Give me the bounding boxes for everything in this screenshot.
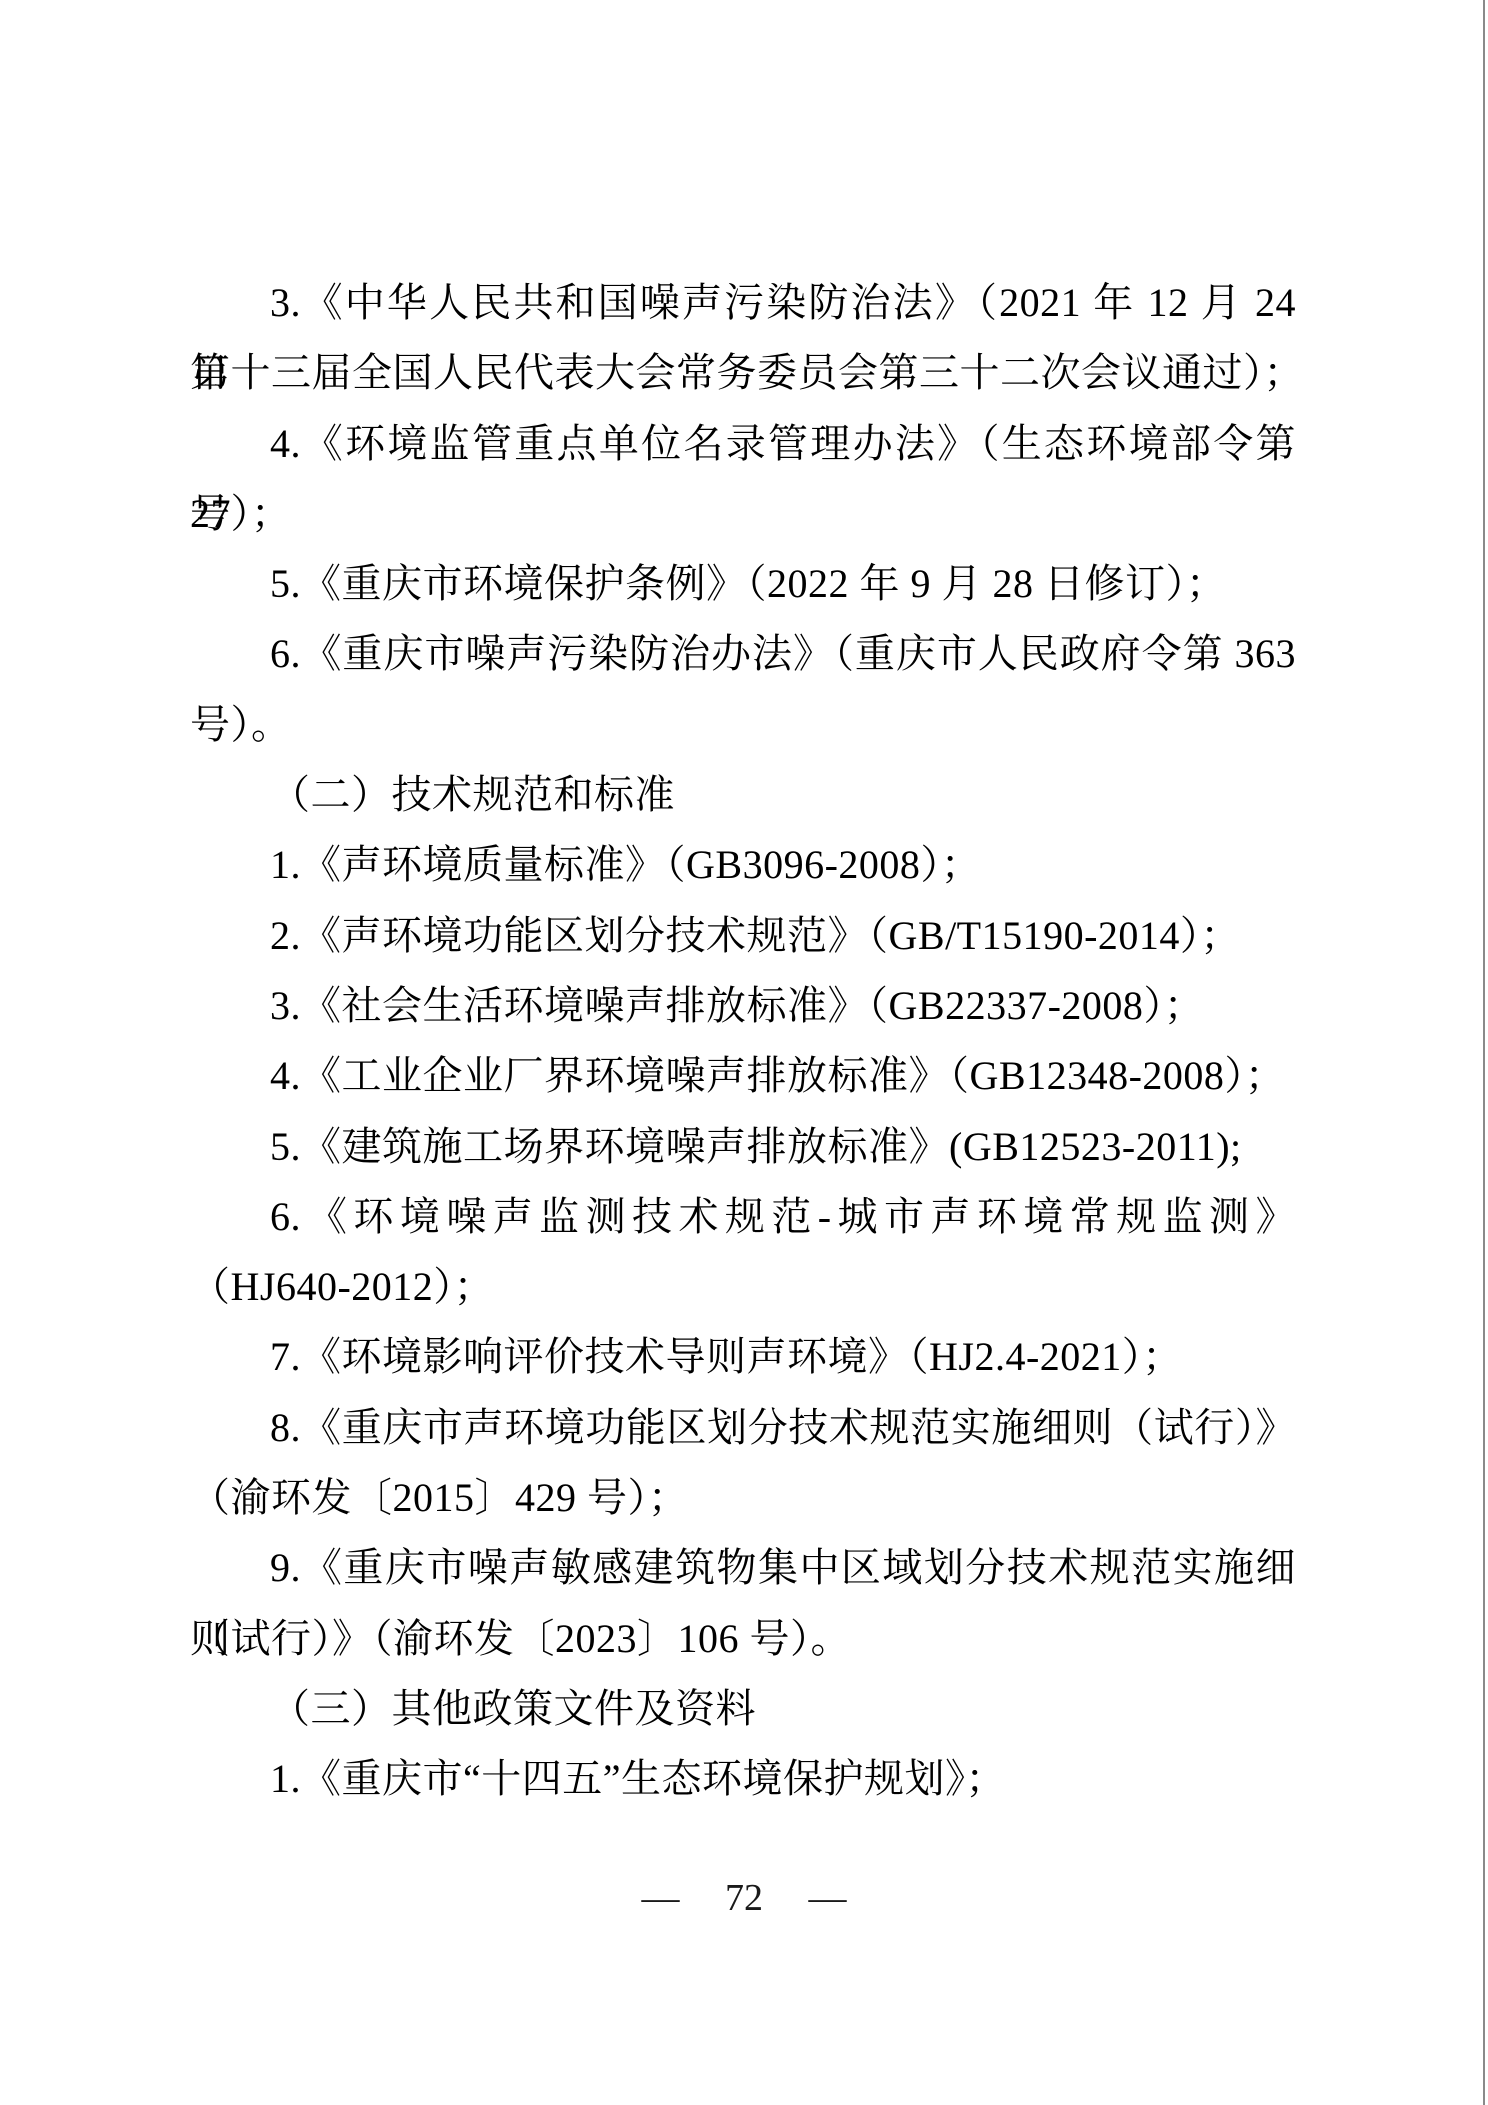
- text-line: 1.《声环境质量标准》（GB3096-2008）；: [190, 830, 1296, 900]
- text-line: 4.《工业企业厂界环境噪声排放标准》（GB12348-2008）；: [190, 1041, 1296, 1111]
- text-line: 第十三届全国人民代表大会常务委员会第三十二次会议通过）；: [190, 338, 1296, 408]
- text-line: 1.《重庆市“十四五”生态环境保护规划》；: [190, 1744, 1296, 1814]
- text-line: 5.《重庆市环境保护条例》（2022 年 9 月 28 日修订）；: [190, 549, 1296, 619]
- document-body: 3.《中华人民共和国噪声污染防治法》（2021 年 12 月 24 日第十三届全…: [190, 268, 1296, 1815]
- footer-right-dash: —: [809, 1876, 847, 1920]
- footer-left-dash: —: [642, 1876, 680, 1920]
- page-footer: — 72 —: [0, 1876, 1488, 1920]
- text-line: 4.《环境监管重点单位名录管理办法》（生态环境部令第 27: [190, 409, 1296, 479]
- text-line: 号）；: [190, 479, 1296, 549]
- text-line: 5.《建筑施工场界环境噪声排放标准》(GB12523-2011);: [190, 1112, 1296, 1182]
- text-line: 2.《声环境功能区划分技术规范》（GB/T15190-2014）；: [190, 901, 1296, 971]
- page-edge-line: [1483, 0, 1485, 2105]
- page-number: 72: [725, 1876, 763, 1920]
- text-line: 3.《社会生活环境噪声排放标准》（GB22337-2008）；: [190, 971, 1296, 1041]
- text-line: （试行）》（渝环发〔2023〕106 号）。: [190, 1604, 1296, 1674]
- text-line: （HJ640-2012）；: [190, 1252, 1296, 1322]
- text-line: 8.《重庆市声环境功能区划分技术规范实施细则（试行）》: [190, 1393, 1296, 1463]
- text-line: 6.《重庆市噪声污染防治办法》（重庆市人民政府令第 363: [190, 619, 1296, 689]
- document-page: 3.《中华人民共和国噪声污染防治法》（2021 年 12 月 24 日第十三届全…: [0, 0, 1488, 2105]
- text-line: 号）。: [190, 690, 1296, 760]
- text-line: （二）技术规范和标准: [190, 760, 1296, 830]
- text-line: （渝环发〔2015〕429 号）；: [190, 1463, 1296, 1533]
- text-line: 9.《重庆市噪声敏感建筑物集中区域划分技术规范实施细则: [190, 1533, 1296, 1603]
- text-line: 6.《环境噪声监测技术规范-城市声环境常规监测》: [190, 1182, 1296, 1252]
- text-line: 7.《环境影响评价技术导则声环境》（HJ2.4-2021）；: [190, 1322, 1296, 1392]
- text-line: 3.《中华人民共和国噪声污染防治法》（2021 年 12 月 24 日: [190, 268, 1296, 338]
- text-line: （三）其他政策文件及资料: [190, 1674, 1296, 1744]
